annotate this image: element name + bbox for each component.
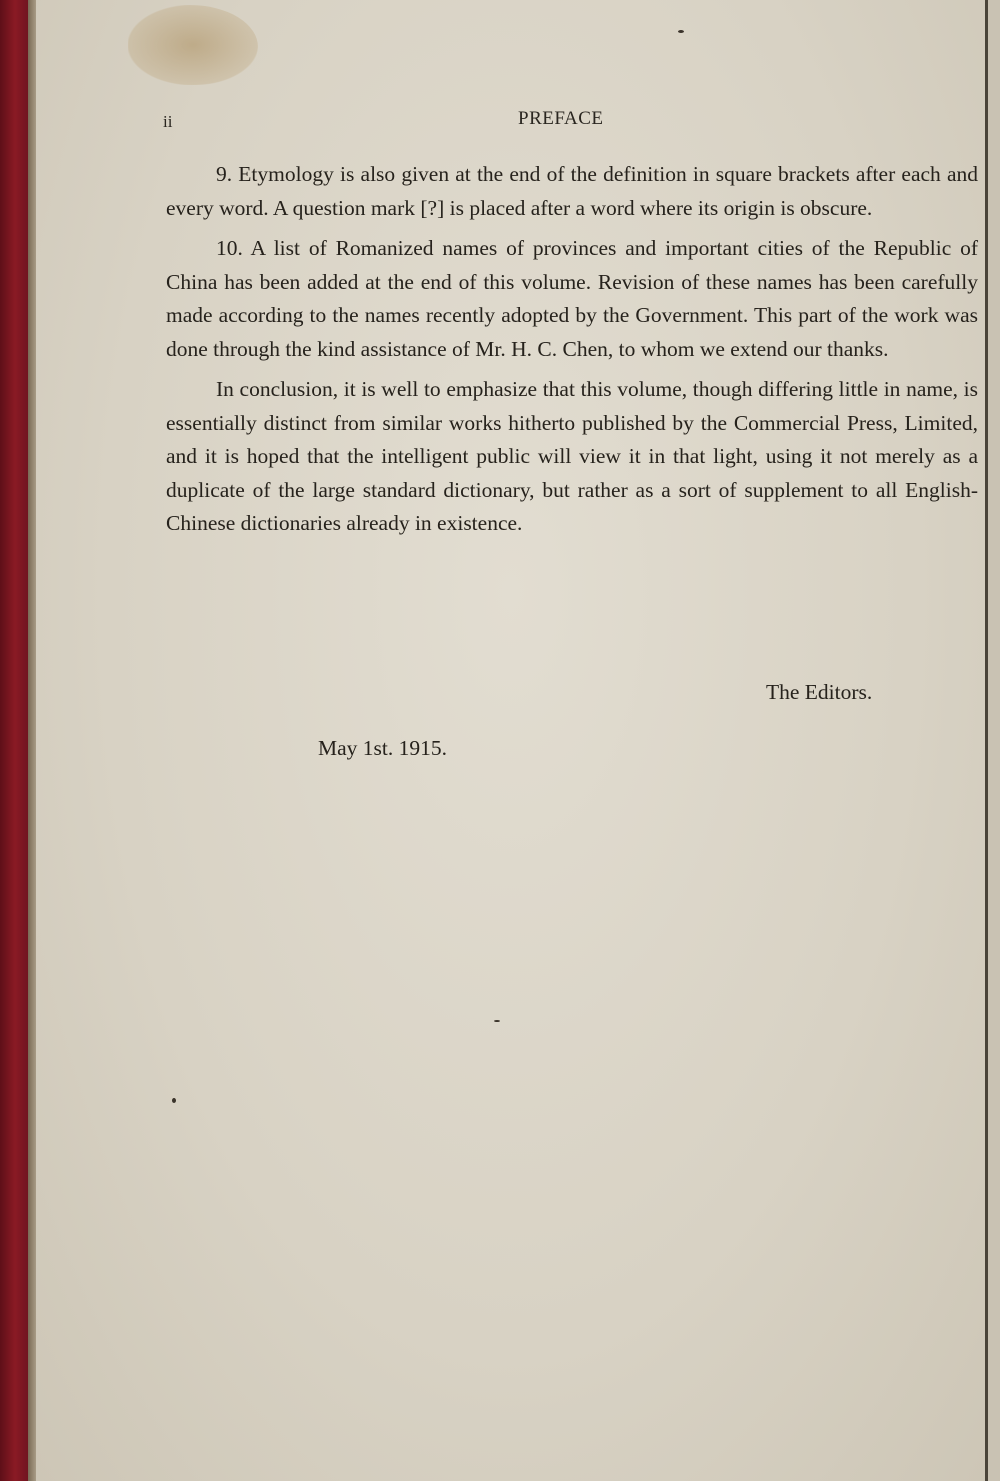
ink-speck bbox=[494, 1020, 500, 1022]
preface-body: 9. Etymology is also given at the end of… bbox=[166, 158, 978, 548]
dateline: May 1st. 1915. bbox=[318, 736, 447, 761]
adjacent-page bbox=[988, 0, 1000, 1481]
water-stain bbox=[128, 5, 258, 85]
paragraph-etymology: 9. Etymology is also given at the end of… bbox=[166, 158, 978, 225]
paragraph-romanized-names: 10. A list of Romanized names of provinc… bbox=[166, 232, 978, 366]
ink-speck bbox=[678, 30, 684, 33]
running-head: PREFACE bbox=[518, 108, 604, 130]
book-binding bbox=[0, 0, 30, 1481]
signature: The Editors. bbox=[766, 680, 872, 705]
page-number: ii bbox=[163, 112, 172, 132]
ink-speck bbox=[172, 1098, 176, 1103]
paragraph-conclusion: In conclusion, it is well to emphasize t… bbox=[166, 373, 978, 541]
